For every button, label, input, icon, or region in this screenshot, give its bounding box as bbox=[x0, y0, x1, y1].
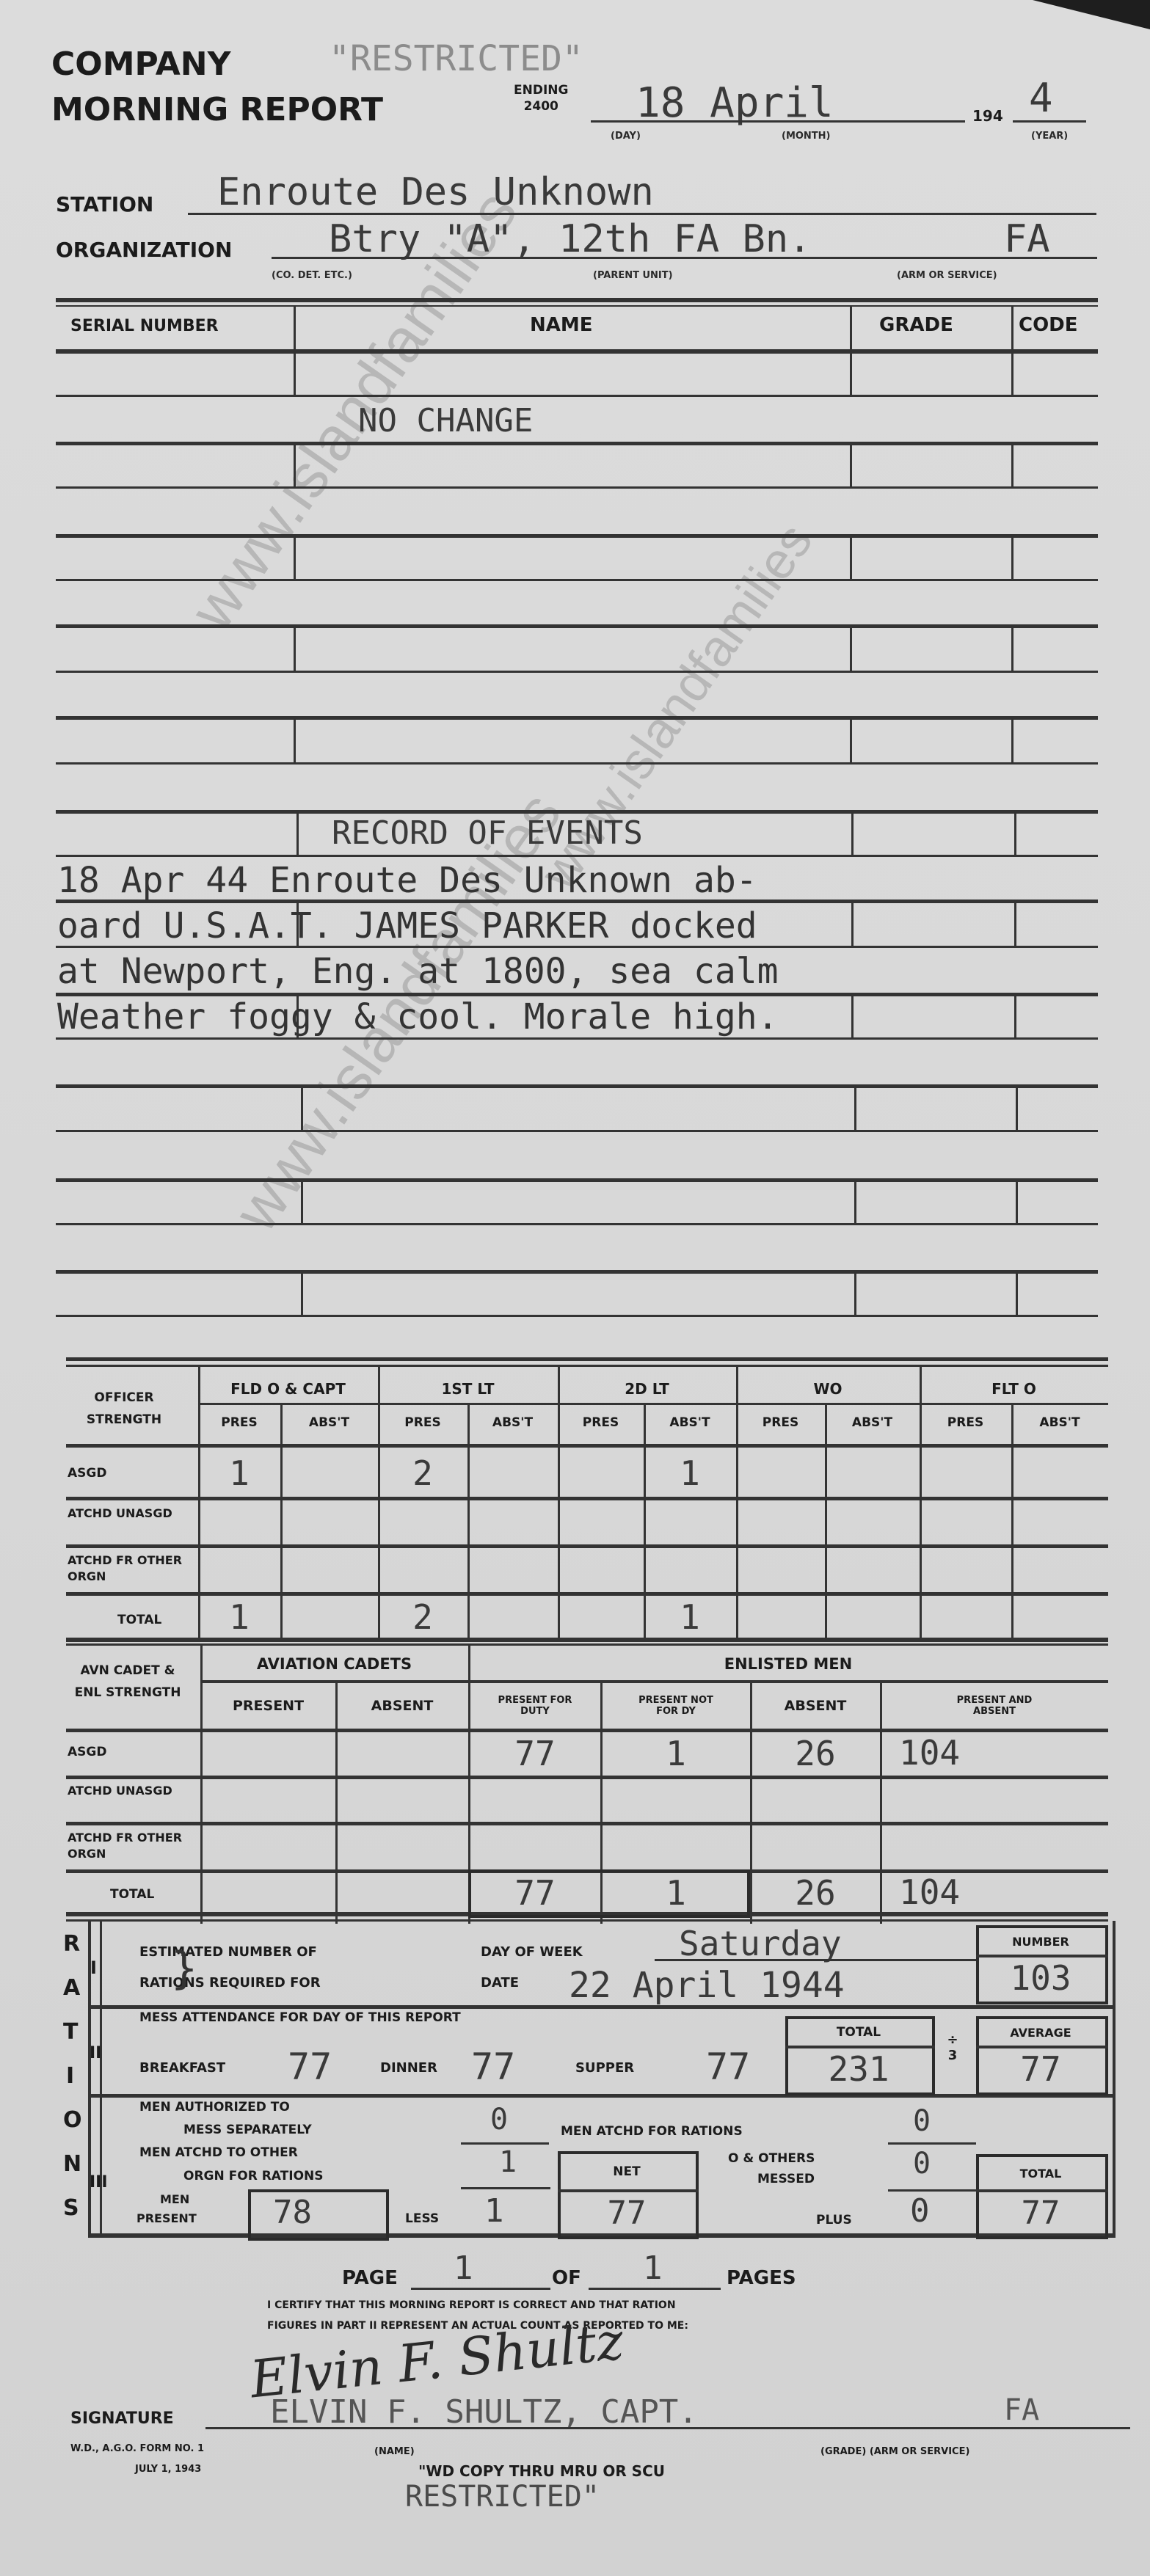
officer-asgd-1stlt-pres: 2 bbox=[378, 1449, 467, 1497]
day-caption: (DAY) bbox=[611, 131, 641, 142]
signature-arm: FA bbox=[1004, 2393, 1039, 2427]
caption-co-det: (CO. DET. ETC.) bbox=[272, 270, 352, 281]
net-value: 77 bbox=[561, 2192, 693, 2233]
column-divider bbox=[1014, 812, 1016, 856]
enlisted-top-rule bbox=[66, 1643, 1108, 1646]
column-divider bbox=[850, 627, 852, 671]
part-numeral-iii: III bbox=[90, 2173, 108, 2192]
column-divider bbox=[854, 1087, 856, 1131]
atchd-rations-underline bbox=[888, 2142, 976, 2145]
column-serial-number: SERIAL NUMBER bbox=[70, 317, 219, 335]
day-of-week-label: DAY OF WEEK bbox=[481, 1944, 583, 1960]
rations-estimated-label-2: RATIONS REQUIRED FOR bbox=[139, 1975, 321, 1991]
sub-abst: ABS'T bbox=[1011, 1406, 1108, 1440]
net-label: NET bbox=[561, 2154, 693, 2189]
column-divider bbox=[850, 352, 852, 396]
report-year-suffix: 4 bbox=[1029, 75, 1053, 121]
enlisted-row-asgd: ASGD bbox=[68, 1745, 106, 1759]
officer-asgd-fldo-pres: 1 bbox=[198, 1449, 280, 1497]
officer-total-2dlt-abst: 1 bbox=[644, 1596, 736, 1638]
dinner-value: 77 bbox=[471, 2046, 515, 2088]
column-divider bbox=[335, 1682, 338, 1924]
organization-value: Btry "A", 12th FA Bn. bbox=[329, 217, 811, 261]
event-line-3: at Newport, Eng. at 1800, sea calm bbox=[57, 951, 779, 992]
column-divider bbox=[280, 1404, 283, 1641]
sub-pres: PRES bbox=[920, 1406, 1011, 1440]
event-line-4: Weather foggy & cool. Morale high. bbox=[57, 996, 779, 1037]
pages-value: 1 bbox=[643, 2250, 663, 2287]
column-code: CODE bbox=[1019, 314, 1078, 336]
column-divider bbox=[851, 812, 854, 856]
row-rule bbox=[56, 716, 1098, 720]
row-rule bbox=[56, 624, 1098, 628]
row-rule bbox=[56, 1037, 1098, 1040]
officer-total-fldo-pres: 1 bbox=[198, 1596, 280, 1638]
men-present-box bbox=[248, 2189, 389, 2241]
row-rule bbox=[56, 442, 1098, 445]
rations-letter: S bbox=[63, 2195, 79, 2221]
column-divider bbox=[1011, 718, 1013, 762]
organization-label: ORGANIZATION bbox=[56, 238, 232, 262]
mess-separately-label-2: MESS SEPARATELY bbox=[183, 2123, 312, 2137]
officer-table-top-rule bbox=[66, 1357, 1108, 1361]
row-rule bbox=[56, 395, 1098, 397]
enl-total-present-not-duty: 1 bbox=[602, 1872, 750, 1913]
officer-row-total: TOTAL bbox=[117, 1613, 161, 1627]
column-divider bbox=[1011, 1404, 1013, 1641]
enl-asgd-present-not-duty: 1 bbox=[602, 1732, 750, 1776]
no-change-text: NO CHANGE bbox=[358, 402, 533, 439]
sub-pres: PRES bbox=[736, 1406, 825, 1440]
others-messed-value: 0 bbox=[913, 2147, 931, 2181]
ending-label: ENDING 2400 bbox=[514, 82, 568, 114]
morning-report-page: www.islandfamilies www.islandfamilies ww… bbox=[0, 0, 1150, 2576]
rations-letter: N bbox=[63, 2151, 81, 2177]
group-aviation-cadets: AVIATION CADETS bbox=[200, 1646, 468, 1682]
column-divider bbox=[296, 812, 299, 856]
plus-value: 0 bbox=[910, 2192, 930, 2230]
group-enlisted-men: ENLISTED MEN bbox=[468, 1646, 1108, 1682]
page-label: PAGE bbox=[342, 2267, 398, 2289]
column-divider bbox=[854, 1272, 856, 1316]
column-divider bbox=[294, 627, 296, 671]
part-numeral-ii: II bbox=[90, 2044, 101, 2062]
row-rule bbox=[56, 762, 1098, 765]
rations-part-divider bbox=[88, 2094, 1116, 2098]
atchd-rations-label: MEN ATCHD FOR RATIONS bbox=[561, 2124, 743, 2139]
row-rule bbox=[66, 1544, 1108, 1548]
grade-caption: (GRADE) (ARM OR SERVICE) bbox=[820, 2446, 969, 2457]
column-divider bbox=[1014, 995, 1016, 1039]
roster-top-rule-2 bbox=[56, 305, 1098, 307]
enl-total-present-absent: 104 bbox=[899, 1872, 960, 1912]
page-value: 1 bbox=[454, 2250, 473, 2287]
roster-top-rule bbox=[56, 298, 1098, 302]
enlisted-row-atchd-fr-other: ATCHD FR OTHER ORGN bbox=[68, 1830, 192, 1862]
ending-label-text: ENDING bbox=[514, 82, 568, 98]
enl-asgd-absent: 26 bbox=[750, 1732, 881, 1776]
column-divider bbox=[294, 444, 296, 488]
rations-letter: I bbox=[66, 2063, 74, 2089]
part-numeral-i: I bbox=[90, 1957, 97, 1978]
row-rule bbox=[56, 1223, 1098, 1225]
row-rule bbox=[56, 1084, 1098, 1088]
supper-label: SUPPER bbox=[575, 2060, 634, 2076]
part3-total-value: 77 bbox=[979, 2192, 1102, 2233]
number-label: NUMBER bbox=[979, 1928, 1102, 1955]
column-divider bbox=[1014, 902, 1016, 946]
day-of-week-value: Saturday bbox=[679, 1924, 842, 1963]
column-divider bbox=[1016, 1181, 1018, 1225]
plus-label: PLUS bbox=[816, 2213, 852, 2227]
column-divider bbox=[1016, 1087, 1018, 1131]
officer-row-asgd: ASGD bbox=[68, 1466, 106, 1481]
signature-label: SIGNATURE bbox=[70, 2409, 174, 2428]
rations-letter: O bbox=[63, 2107, 82, 2133]
less-label: LESS bbox=[405, 2211, 439, 2226]
atchd-rations-value: 0 bbox=[913, 2104, 931, 2138]
rations-frame-right bbox=[1113, 1921, 1116, 2236]
event-line-1: 18 Apr 44 Enroute Des Unknown ab- bbox=[57, 860, 757, 901]
row-rule bbox=[56, 810, 1098, 814]
enlisted-strength-label: AVN CADET & ENL STRENGTH bbox=[69, 1660, 186, 1704]
enlisted-row-atchd-unasgd: ATCHD UNASGD bbox=[68, 1783, 185, 1799]
atchd-other-value: 1 bbox=[499, 2145, 517, 2179]
group-divider-rule bbox=[198, 1403, 1108, 1405]
column-divider bbox=[850, 305, 852, 352]
organization-underline bbox=[272, 257, 1097, 259]
column-divider bbox=[850, 718, 852, 762]
year-underline bbox=[1013, 120, 1086, 123]
column-divider bbox=[1011, 444, 1013, 488]
day-underline bbox=[655, 1959, 978, 1961]
column-divider bbox=[1011, 305, 1013, 352]
others-messed-label-1: O & OTHERS bbox=[728, 2151, 815, 2166]
col-present-for-duty: PRESENT FOR DUTY bbox=[470, 1683, 600, 1729]
row-rule bbox=[56, 855, 1098, 857]
col-cadets-absent: ABSENT bbox=[336, 1683, 468, 1729]
routing-note: "WD COPY THRU MRU OR SCU bbox=[418, 2462, 665, 2480]
sub-pres: PRES bbox=[558, 1406, 644, 1440]
ending-time-text: 2400 bbox=[514, 98, 568, 114]
average-value: 77 bbox=[979, 2048, 1102, 2090]
signature-typed-name: ELVIN F. SHULTZ, CAPT. bbox=[270, 2393, 698, 2431]
date-label: DATE bbox=[481, 1975, 519, 1991]
number-value: 103 bbox=[979, 1957, 1102, 1999]
pages-label: PAGES bbox=[727, 2267, 796, 2289]
row-rule bbox=[66, 1822, 1108, 1825]
enl-asgd-present-duty: 77 bbox=[470, 1732, 600, 1776]
col-present-not-for-dy: PRESENT NOT FOR DY bbox=[602, 1683, 750, 1729]
atchd-other-label-1: MEN ATCHD TO OTHER bbox=[139, 2145, 298, 2160]
dinner-label: DINNER bbox=[380, 2060, 437, 2076]
average-label: AVERAGE bbox=[979, 2019, 1102, 2046]
officer-total-1stlt-pres: 2 bbox=[378, 1596, 467, 1638]
year-caption: (YEAR) bbox=[1031, 131, 1068, 142]
sub-abst: ABS'T bbox=[825, 1406, 920, 1440]
of-label: OF bbox=[552, 2267, 581, 2289]
officer-asgd-2dlt-abst: 1 bbox=[644, 1449, 736, 1497]
column-divider bbox=[1011, 627, 1013, 671]
row-rule bbox=[56, 1270, 1098, 1274]
row-rule bbox=[56, 1315, 1098, 1317]
form-id-line-2: JULY 1, 1943 bbox=[135, 2464, 201, 2475]
column-divider bbox=[301, 1087, 303, 1131]
form-title-morning-report: MORNING REPORT bbox=[51, 91, 383, 128]
sub-abst: ABS'T bbox=[644, 1406, 736, 1440]
others-messed-underline bbox=[888, 2189, 978, 2192]
mess-total-value: 231 bbox=[788, 2048, 929, 2090]
breakfast-value: 77 bbox=[288, 2046, 332, 2088]
column-divider bbox=[850, 444, 852, 488]
column-name: NAME bbox=[530, 314, 593, 336]
station-value: Enroute Des Unknown bbox=[217, 170, 654, 214]
rations-estimated-label-1: ESTIMATED NUMBER OF bbox=[139, 1944, 317, 1960]
men-present-label-2: PRESENT bbox=[137, 2211, 197, 2225]
organization-arm-value: FA bbox=[1004, 217, 1050, 261]
atchd-other-underline bbox=[461, 2187, 550, 2189]
column-divider bbox=[1011, 536, 1013, 580]
event-line-2: oard U.S.A.T. JAMES PARKER docked bbox=[57, 905, 757, 946]
rations-letter: T bbox=[63, 2019, 78, 2045]
page-corner-shadow bbox=[1033, 0, 1150, 29]
row-rule bbox=[56, 534, 1098, 538]
pages-underline bbox=[589, 2288, 721, 2290]
officer-strength-label: OFFICER STRENGTH bbox=[69, 1387, 179, 1431]
year-prefix: 194 bbox=[972, 107, 1003, 125]
column-divider bbox=[301, 1181, 303, 1225]
divide-by-three: ÷ 3 bbox=[942, 2032, 964, 2063]
column-grade: GRADE bbox=[879, 314, 953, 336]
col-absent: ABSENT bbox=[750, 1683, 881, 1729]
form-id-line-1: W.D., A.G.O. FORM NO. 1 bbox=[70, 2443, 204, 2454]
others-messed-label-2: MESSED bbox=[757, 2172, 815, 2186]
row-rule bbox=[56, 486, 1098, 489]
column-divider bbox=[294, 536, 296, 580]
sub-abst: ABS'T bbox=[467, 1406, 558, 1440]
column-divider bbox=[294, 305, 296, 352]
month-caption: (MONTH) bbox=[782, 131, 831, 142]
enl-asgd-present-absent: 104 bbox=[899, 1733, 960, 1773]
sub-pres: PRES bbox=[378, 1406, 467, 1440]
col-cadets-present: PRESENT bbox=[200, 1683, 336, 1729]
row-rule bbox=[56, 579, 1098, 581]
atchd-other-label-2: ORGN FOR RATIONS bbox=[183, 2169, 324, 2183]
breakfast-label: BREAKFAST bbox=[139, 2060, 225, 2076]
column-divider bbox=[467, 1404, 470, 1641]
classification-stamp-top: "RESTRICTED" bbox=[329, 38, 583, 79]
officer-subheader-rule bbox=[66, 1444, 1108, 1448]
column-divider bbox=[558, 1366, 560, 1641]
column-divider bbox=[851, 995, 854, 1039]
date-underline bbox=[591, 120, 965, 123]
record-of-events-heading: RECORD OF EVENTS bbox=[332, 814, 643, 852]
enl-total-absent: 26 bbox=[750, 1872, 881, 1913]
column-divider bbox=[920, 1366, 922, 1641]
page-underline bbox=[411, 2288, 550, 2290]
column-divider bbox=[736, 1366, 738, 1641]
form-title-company: COMPANY bbox=[51, 45, 230, 83]
brace: } bbox=[170, 1943, 198, 1994]
certify-line-1: I CERTIFY THAT THIS MORNING REPORT IS CO… bbox=[267, 2299, 676, 2311]
rations-letter: R bbox=[63, 1931, 80, 1957]
signature-underline bbox=[205, 2427, 1130, 2429]
column-divider bbox=[294, 718, 296, 762]
row-rule bbox=[56, 1130, 1098, 1132]
station-underline bbox=[188, 213, 1096, 215]
caption-arm-service: (ARM OR SERVICE) bbox=[897, 270, 997, 281]
row-rule bbox=[56, 1178, 1098, 1182]
row-rule bbox=[66, 1776, 1108, 1779]
mess-total-label: TOTAL bbox=[788, 2019, 929, 2046]
column-divider bbox=[854, 1181, 856, 1225]
men-present-value: 78 bbox=[273, 2194, 312, 2231]
column-divider bbox=[1011, 352, 1013, 396]
column-divider bbox=[850, 536, 852, 580]
supper-value: 77 bbox=[706, 2046, 750, 2088]
mess-separately-underline bbox=[461, 2142, 549, 2145]
ration-date-value: 22 April 1944 bbox=[569, 1965, 845, 2006]
enl-total-present-duty: 77 bbox=[470, 1872, 600, 1913]
header-bottom-rule bbox=[56, 349, 1098, 354]
column-divider bbox=[301, 1272, 303, 1316]
mess-separately-value: 0 bbox=[490, 2103, 508, 2137]
row-rule bbox=[66, 1497, 1108, 1500]
column-divider bbox=[294, 352, 296, 396]
part3-total-label: TOTAL bbox=[979, 2157, 1102, 2189]
row-rule bbox=[56, 671, 1098, 673]
column-divider bbox=[825, 1404, 827, 1641]
rations-letter: A bbox=[63, 1975, 80, 2001]
less-value: 1 bbox=[484, 2192, 504, 2230]
mess-separately-label-1: MEN AUTHORIZED TO bbox=[139, 2100, 290, 2115]
name-caption: (NAME) bbox=[374, 2446, 415, 2457]
caption-parent-unit: (PARENT UNIT) bbox=[593, 270, 673, 281]
col-present-and-absent: PRESENT AND ABSENT bbox=[881, 1683, 1108, 1729]
officer-row-atchd-unasgd: ATCHD UNASGD bbox=[68, 1506, 185, 1522]
men-present-label-1: MEN bbox=[160, 2192, 189, 2206]
column-divider bbox=[200, 1645, 203, 1924]
column-divider bbox=[1016, 1272, 1018, 1316]
sub-pres: PRES bbox=[198, 1406, 280, 1440]
sub-abst: ABS'T bbox=[280, 1406, 378, 1440]
enlisted-row-total: TOTAL bbox=[110, 1887, 154, 1902]
row-rule bbox=[66, 1919, 1108, 1922]
station-label: STATION bbox=[56, 192, 153, 216]
classification-stamp-bottom: RESTRICTED" bbox=[405, 2480, 600, 2514]
column-divider bbox=[851, 902, 854, 946]
officer-row-atchd-fr-other: ATCHD FR OTHER ORGN bbox=[68, 1552, 192, 1585]
mess-attendance-heading: MESS ATTENDANCE FOR DAY OF THIS REPORT bbox=[139, 2010, 461, 2025]
